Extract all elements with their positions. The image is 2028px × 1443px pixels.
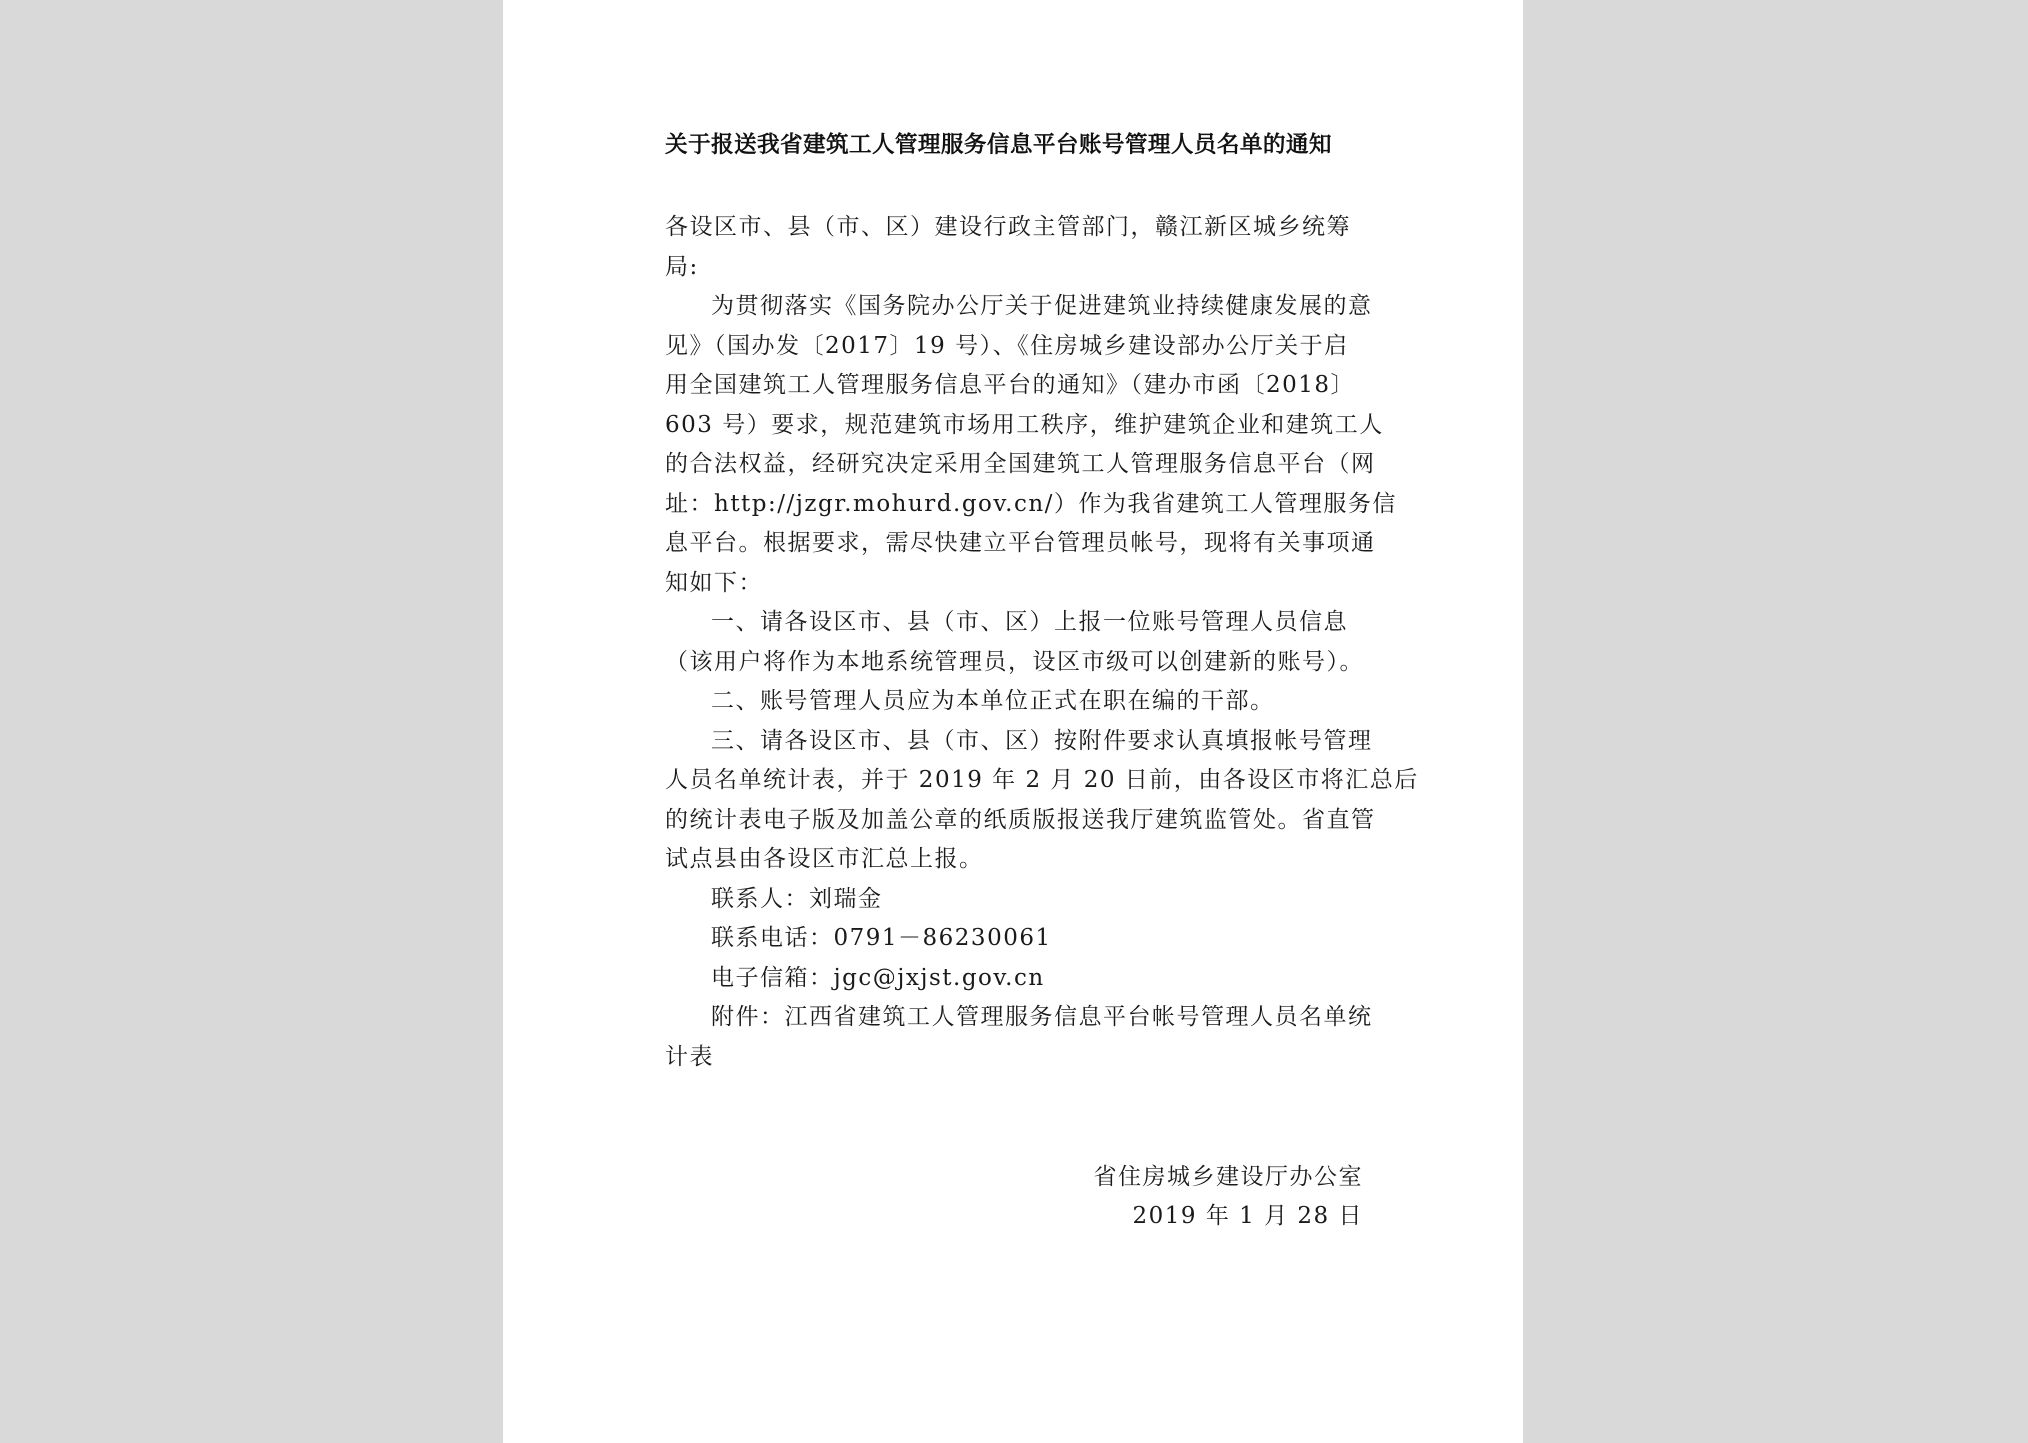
attachment-line: 附件：江西省建筑工人管理服务信息平台帐号管理人员名单统 xyxy=(665,998,1365,1038)
body-line: 知如下： xyxy=(665,564,1365,604)
body-line-salutation: 各设区市、县（市、区）建设行政主管部门，赣江新区城乡统筹 xyxy=(665,208,1365,248)
body-line: 用全国建筑工人管理服务信息平台的通知》（建办市函〔2018〕 xyxy=(665,366,1365,406)
body-line-item-3: 三、请各设区市、县（市、区）按附件要求认真填报帐号管理 xyxy=(665,722,1365,762)
body-line: 见》（国办发〔2017〕19 号）、《住房城乡建设部办公厅关于启 xyxy=(665,327,1365,367)
signature-block: 省住房城乡建设厅办公室 2019 年 1 月 28 日 xyxy=(1094,1158,1364,1236)
body-line: 人员名单统计表，并于 2019 年 2 月 20 日前，由各设区市将汇总后 xyxy=(665,761,1365,801)
body-line: （该用户将作为本地系统管理员，设区市级可以创建新的账号）。 xyxy=(665,643,1365,683)
body-line-paragraph-start: 为贯彻落实《国务院办公厅关于促进建筑业持续健康发展的意 xyxy=(665,287,1365,327)
body-line: 603 号）要求，规范建筑市场用工秩序，维护建筑企业和建筑工人 xyxy=(665,406,1365,446)
document-page: 关于报送我省建筑工人管理服务信息平台账号管理人员名单的通知 各设区市、县（市、区… xyxy=(503,0,1523,1443)
body-line: 试点县由各设区市汇总上报。 xyxy=(665,840,1365,880)
document-title: 关于报送我省建筑工人管理服务信息平台账号管理人员名单的通知 xyxy=(665,133,1365,157)
body-line-url: 址：http://jzgr.mohurd.gov.cn/）作为我省建筑工人管理服… xyxy=(665,485,1365,525)
signature-office: 省住房城乡建设厅办公室 xyxy=(1094,1158,1364,1197)
contact-email: 电子信箱：jgc@jxjst.gov.cn xyxy=(665,959,1365,999)
document-body: 各设区市、县（市、区）建设行政主管部门，赣江新区城乡统筹 局: 为贯彻落实《国务… xyxy=(665,208,1365,1077)
body-line-item-1: 一、请各设区市、县（市、区）上报一位账号管理人员信息 xyxy=(665,603,1365,643)
body-line: 的合法权益，经研究决定采用全国建筑工人管理服务信息平台（网 xyxy=(665,445,1365,485)
body-line-item-2: 二、账号管理人员应为本单位正式在职在编的干部。 xyxy=(665,682,1365,722)
contact-person: 联系人：刘瑞金 xyxy=(665,880,1365,920)
contact-phone: 联系电话：0791－86230061 xyxy=(665,919,1365,959)
body-line: 局: xyxy=(665,248,1365,288)
attachment-line-cont: 计表 xyxy=(665,1038,1365,1078)
signature-date: 2019 年 1 月 28 日 xyxy=(1094,1197,1364,1236)
body-line: 息平台。根据要求，需尽快建立平台管理员帐号，现将有关事项通 xyxy=(665,524,1365,564)
body-line: 的统计表电子版及加盖公章的纸质版报送我厅建筑监管处。省直管 xyxy=(665,801,1365,841)
